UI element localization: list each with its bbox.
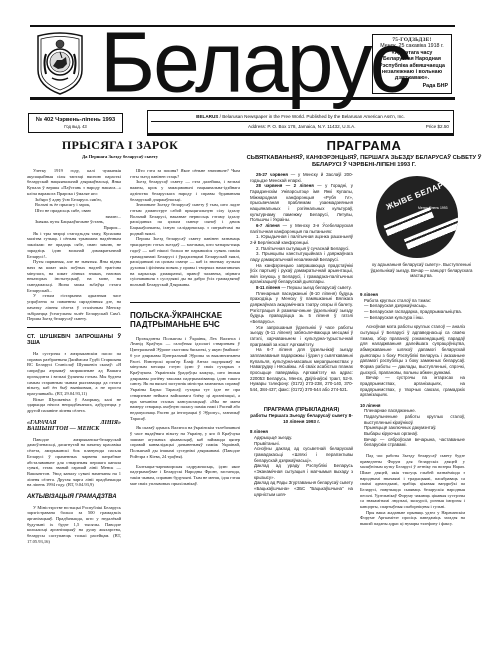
contact-text: Пры ваша жаданьне прыняць удзел у Нарача… xyxy=(360,510,465,527)
program-entry: 6-7 ліпеня — у Менску 3-я Ўсебеларуская … xyxy=(250,223,353,234)
detail-text: Вечар — сустрэчы па інтарэсах на прадпры… xyxy=(360,375,465,398)
article-paragraph: Што гэта за пошня? Якое сёньне значэньне… xyxy=(130,168,240,179)
left-article-subhead: Да Першага Зьезду беларусаў сьвету xyxy=(0,154,240,159)
issue-price: Price $2.50 xyxy=(426,124,449,129)
issue-info-box: № 402 Чэрвень-ліпень 1993 Год выд. 43 xyxy=(28,113,123,133)
anniversary-box: 75-ГОДЗЬДЗЕ! Менск, 25 сакавіка 1918 г. … xyxy=(372,34,452,94)
prelim-program-subhead: работы Першага Зьезду беларусаў сьвету 8… xyxy=(250,413,353,424)
article-paragraph: Першы Зьезд беларусаў сьвету павінен заз… xyxy=(130,236,240,287)
detail-text: Пленарныя паседжаньні (8-10 ліпеня) буду… xyxy=(250,291,353,325)
agenda-item: — Беларуская культура і інш. xyxy=(360,315,465,321)
article-paragraph: Зьезд беларусаў сьвету — гэта далейшы, і… xyxy=(130,179,240,202)
detail-text: Асноўная мэта работы круглых сталоў — ан… xyxy=(360,324,465,375)
forum-text: Пад час работы Зьезду беларусаў сьвету б… xyxy=(360,453,465,510)
detail-text: На 6-7 ліпеня для ўдзельнікаў зьезду зап… xyxy=(250,347,353,392)
article-paragraph: Як сказаў адмысь Валэнса на ўкраінскім т… xyxy=(130,425,240,459)
news-headline-shushkevich: СТ. ШУШКЕВІЧ ЗАПРОШАНЫ Ў ЗША xyxy=(27,334,121,347)
column-4: 9 ліпеня Работа круглых сталоў па тэмах:… xyxy=(360,292,465,527)
section-divider xyxy=(27,327,121,328)
coat-of-arms-icon xyxy=(34,30,86,96)
agenda-item: Асноўны даклад ад сусьветнай беларускай … xyxy=(250,446,353,463)
publisher-line: BELARUS / Belarusan Newspaper in the Fre… xyxy=(148,114,453,119)
section-divider xyxy=(130,302,240,303)
news-headline-hotline: «ГАРАЧАЯ ЛІНІЯ» ВАШЫНГТОН — МЕНСК xyxy=(27,420,121,433)
entry-date: 6-7 ліпеня xyxy=(256,223,280,228)
agenda-item: Даклад ад Рады Згуртаваньня беларусаў сь… xyxy=(250,480,353,497)
news-text: Паводле амэрыканска-беларускай дамоўлена… xyxy=(27,437,121,488)
issue-number: № 402 Чэрвень-ліпень 1993 xyxy=(29,117,122,123)
news-text: На сустрэчы з амэрыканскім пасло па спра… xyxy=(27,351,121,397)
article-paragraph: Прэзыдэнты Польшчы і Ўкраіны, Лех Валэнс… xyxy=(130,336,240,422)
left-article-headline: ПРЫСЯГА І ЗАРОК xyxy=(0,138,240,153)
polish-ukrainian-headline: ПОЛЬСКА-ЎКРАІНСКАЕ ПАДТРЫМАНЬНЕ БЧС xyxy=(130,311,240,330)
entry-date: 8-11 ліпеня xyxy=(256,285,280,290)
program-headline: ПРАГРАМА xyxy=(245,138,483,153)
publisher-info-box: BELARUS / Belarusan Newspaper in the Fre… xyxy=(147,110,454,134)
invitation-text: На канфэрэнцыю запрашаюцца прадстаўнікі … xyxy=(250,263,353,286)
agenda-item: Вечар — сяброўская вечарына, частаваньне… xyxy=(360,437,465,448)
column-1: Улетку 1919 году, калі чужынкія акупацый… xyxy=(27,168,121,544)
anniversary-place-date: Менск, 25 сакавіка 1918 г. xyxy=(376,43,448,49)
program-subhead: СЬВЯТКАВАНЬНЯЎ, КАНФЭРЭНЦЫЯЎ, ПЕРШАГА ЗЬ… xyxy=(245,155,483,169)
anniversary-quote: «Ад гэтага часу Беларуская Народная Рэсп… xyxy=(376,50,448,82)
zhyve-belarus-badge: ЖЫВЕ БЕЛАРУСЬ! Менск Ліпень 1993 xyxy=(376,176,458,258)
agenda-item: — Беларуская гаспадарка, прадпрымальніцт… xyxy=(360,309,465,315)
masthead-bottom-rule xyxy=(30,97,455,100)
column-3: 25-27 чэрвеня — у Менску й Заслаўі 200-г… xyxy=(250,172,353,497)
entry-date: 28 чэрвеня — 2 ліпеня xyxy=(256,183,314,188)
topic-item: 3. Прынцыпы канстытуцыйнага і дзяржаўнаг… xyxy=(250,251,353,262)
publisher-divider xyxy=(151,121,450,122)
program-entry: 8-11 ліпеня — Першы зьезд беларусаў сьве… xyxy=(250,285,353,291)
entry-text: — у Горадні, у Гарадзенскім Унівэрсытэце… xyxy=(250,183,353,222)
entry-text: — Першы зьезд беларусаў сьвету. xyxy=(280,285,352,290)
badge-caption: ху адзьнаньня беларусаў сьвету». Выступл… xyxy=(364,262,479,279)
article-paragraph: Улетку 1919 году, калі чужынкія акупацый… xyxy=(27,168,121,197)
detail-text: Усе запрошаныя ўдзельнікі ў часе работы … xyxy=(250,325,353,348)
program-entry: 25-27 чэрвеня — у Менску й Заслаўі 200-г… xyxy=(250,172,353,183)
publisher-box-shadow-rule xyxy=(147,134,454,136)
article-paragraph: У гэтым гістарычна адказным часе упраўле… xyxy=(27,293,121,322)
program-entry: 28 чэрвеня — 2 ліпеня — у Горадні, у Гар… xyxy=(250,183,353,223)
column-2: Што гэта за пошня? Якое сёньне значэньне… xyxy=(130,168,240,486)
news-text: Візыт Шушкевіча ў Амэрыку, калі не здары… xyxy=(27,397,121,414)
publisher-name: BELARUS xyxy=(196,114,218,119)
kupala-poem: Зьбярэ ў адну ўсю Беларусь сям'ю, Вольні… xyxy=(27,197,121,231)
article-paragraph: Значэньне Зьезду беларусаў сьвету ў тым,… xyxy=(130,202,240,236)
article-paragraph: Балтыцка-чарнаморская садружнасьць, ідэю… xyxy=(130,464,240,487)
masthead-title: Беларус xyxy=(100,21,410,103)
entry-date: 25-27 чэрвеня xyxy=(256,172,288,177)
agenda-item: Даклад ад ураду Рэспублікі Беларусь «Эка… xyxy=(250,463,353,480)
topic-item: 1. Юрыдычная і палітычная ацэнка рашэньн… xyxy=(250,234,353,245)
article-paragraph: Як і тры чвэрці стагодзьдзя таму, Купала… xyxy=(27,231,121,260)
anniversary-signature: Рада БНР xyxy=(376,83,448,89)
issue-year: Год выд. 43 xyxy=(29,124,122,129)
news-headline-activization: АКТЫВІЗАЦЫЯ ГРАМАДЗТВА xyxy=(27,494,121,501)
agenda-item: Падагульненьне работы круглых сталоў, вы… xyxy=(360,414,465,425)
news-text: У Міністэрстве юстыцыі Рэспублікі Белару… xyxy=(27,505,121,545)
publisher-description: / Belarusan Newspaper in the Free World.… xyxy=(218,114,404,119)
publisher-address: Address: P. O. Box 178, Jamaica, N.Y. 11… xyxy=(248,124,356,129)
article-paragraph: Путы парваныя, але не зьнятыя. Яны відны… xyxy=(27,259,121,293)
